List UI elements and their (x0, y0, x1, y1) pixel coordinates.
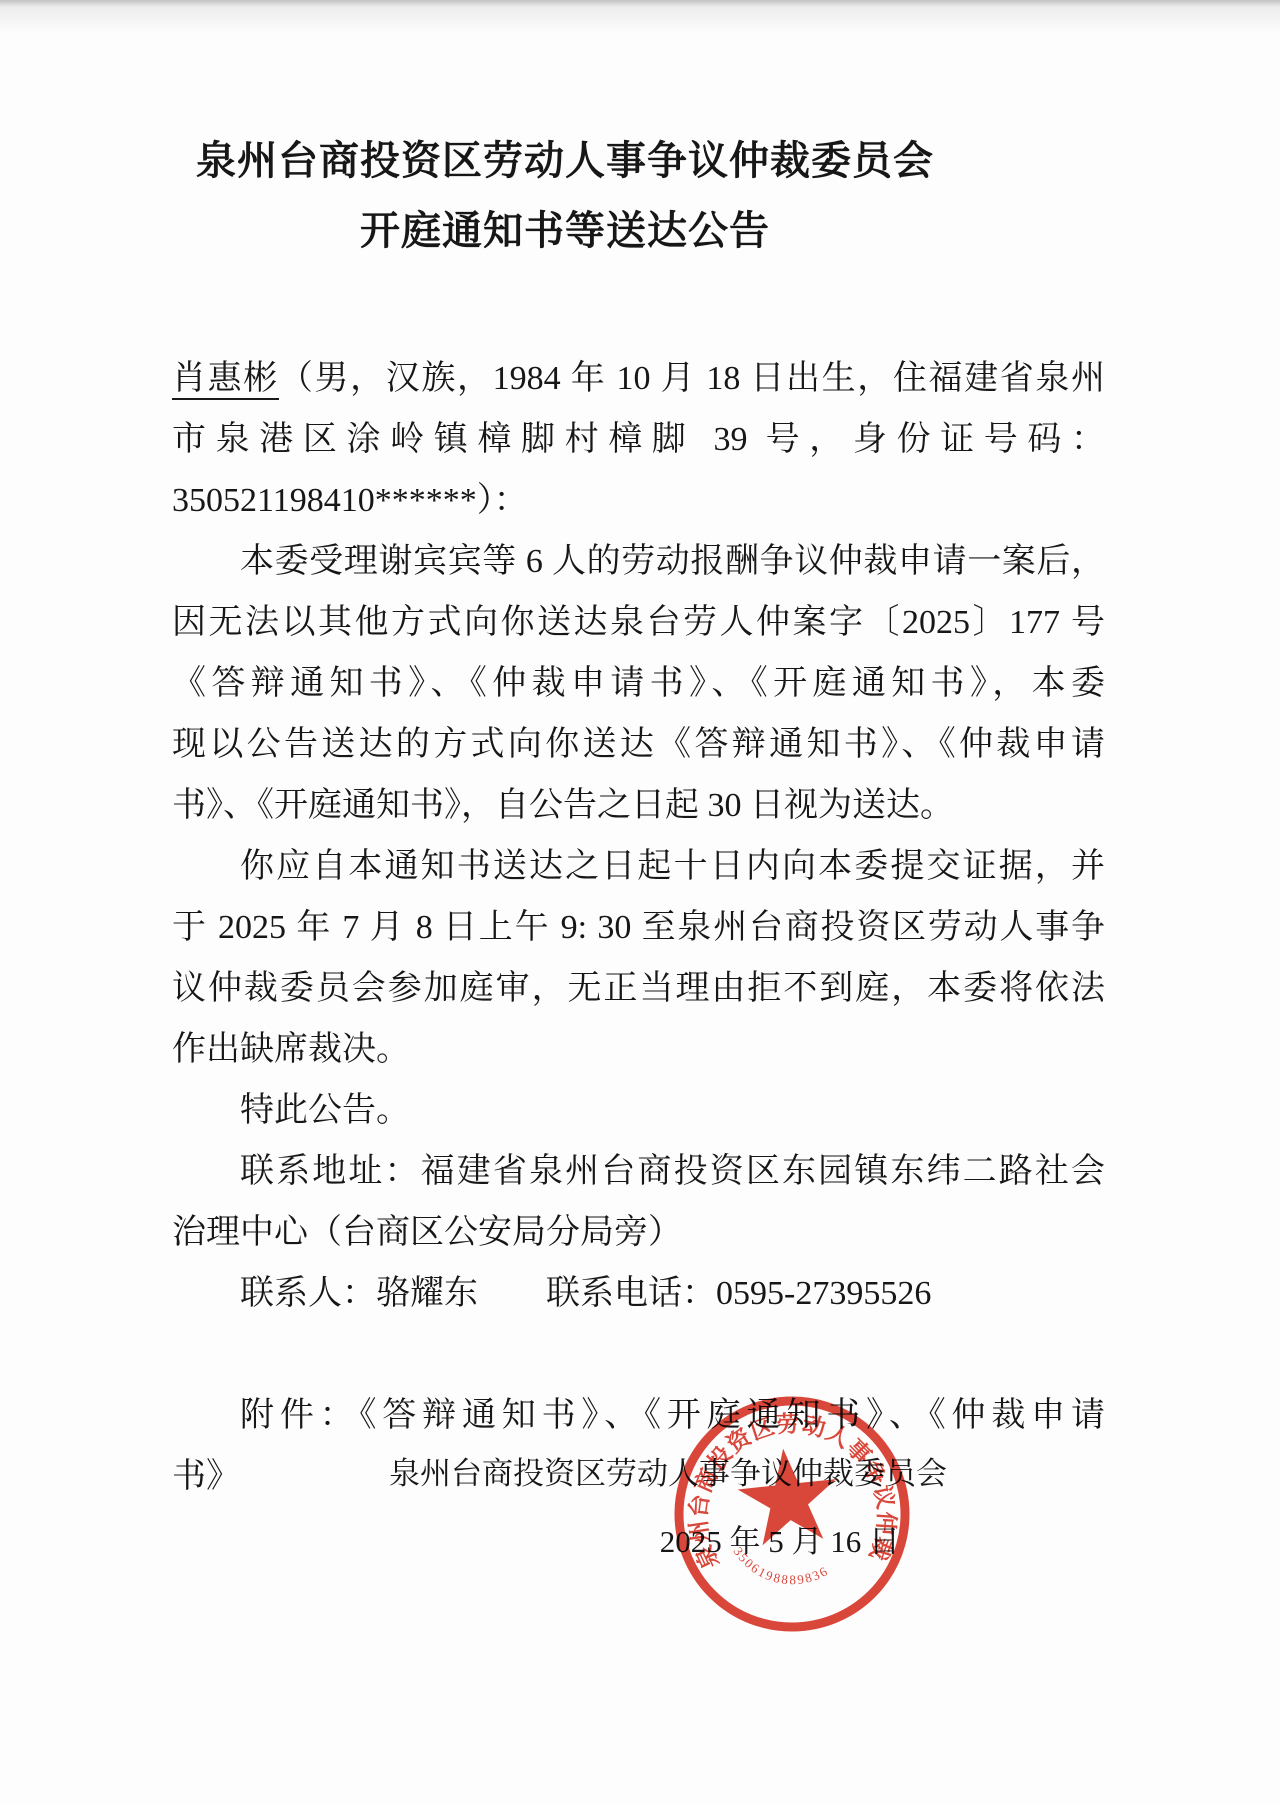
doc-line: 于 2025 年 7 月 8 日上午 9: 30 至泉州台商投资区劳动人事争 (172, 897, 1105, 958)
signature-block: 泉州台商投资区劳动人事争议仲裁委员会 2025 年 5 月 16 日 (172, 1452, 1105, 1564)
doc-line-contact-person: 联系人：骆耀东 联系电话：0595-27395526 (172, 1263, 1105, 1324)
doc-line: 你应自本通知书送达之日起十日内向本委提交证据，并 (172, 836, 1105, 897)
recipient-name: 肖惠彬 (172, 360, 279, 400)
doc-line-recipient: 肖惠彬（男，汉族，1984 年 10 月 18 日出生，住福建省泉州 (172, 348, 1105, 409)
seal-code: 3506198889836 (730, 1535, 832, 1593)
doc-line: 特此公告。 (172, 1080, 1105, 1141)
document-body: 肖惠彬（男，汉族，1984 年 10 月 18 日出生，住福建省泉州 市泉港区涂… (172, 348, 1105, 1507)
spacer (172, 1324, 1105, 1385)
doc-line-attachments: 附件：《答辩通知书》、《开庭通知书》、《仲裁申请 (172, 1385, 1105, 1446)
title-line-1: 泉州台商投资区劳动人事争议仲裁委员会 (95, 126, 1035, 196)
signature-committee: 泉州台商投资区劳动人事争议仲裁委员会 (172, 1452, 1105, 1496)
doc-line: 现以公告送达的方式向你送达《答辩通知书》、《仲裁申请 (172, 714, 1105, 775)
doc-line: 350521198410******）： (172, 470, 1105, 531)
doc-line: 市泉港区涂岭镇樟脚村樟脚 39 号，身份证号码： (172, 409, 1105, 470)
doc-line: 议仲裁委员会参加庭审，无正当理由拒不到庭，本委将依法 (172, 958, 1105, 1019)
doc-line-contact-address-2: 治理中心（台商区公安局分局旁） (172, 1202, 1105, 1263)
title-line-2: 开庭通知书等送达公告 (95, 196, 1035, 266)
signature-date: 2025 年 5 月 16 日 (172, 1520, 1105, 1564)
seal-star-icon (734, 1443, 842, 1547)
document-page: 泉州台商投资区劳动人事争议仲裁委员会 开庭通知书等送达公告 肖惠彬（男，汉族，1… (0, 0, 1280, 1803)
official-seal: 泉州台商投资区劳动人事争议仲裁委员会 3506198889836 (654, 1376, 931, 1653)
doc-line-contact-address: 联系地址：福建省泉州台商投资区东园镇东纬二路社会 (172, 1141, 1105, 1202)
document-title: 泉州台商投资区劳动人事争议仲裁委员会 开庭通知书等送达公告 (95, 126, 1035, 266)
doc-line: 《答辩通知书》、《仲裁申请书》、《开庭通知书》，本委 (172, 653, 1105, 714)
photo-top-shadow (0, 0, 1280, 34)
doc-line: 书》、《开庭通知书》，自公告之日起 30 日视为送达。 (172, 775, 1105, 836)
doc-line: 因无法以其他方式向你送达泉台劳人仲案字〔2025〕177 号 (172, 592, 1105, 653)
recipient-intro: （男，汉族，1984 年 10 月 18 日出生，住福建省泉州 (279, 360, 1105, 397)
seal-code-label: 3506198889836 (730, 1535, 832, 1593)
doc-line: 作出缺席裁决。 (172, 1019, 1105, 1080)
doc-line: 本委受理谢宾宾等 6 人的劳动报酬争议仲裁申请一案后， (172, 531, 1105, 592)
